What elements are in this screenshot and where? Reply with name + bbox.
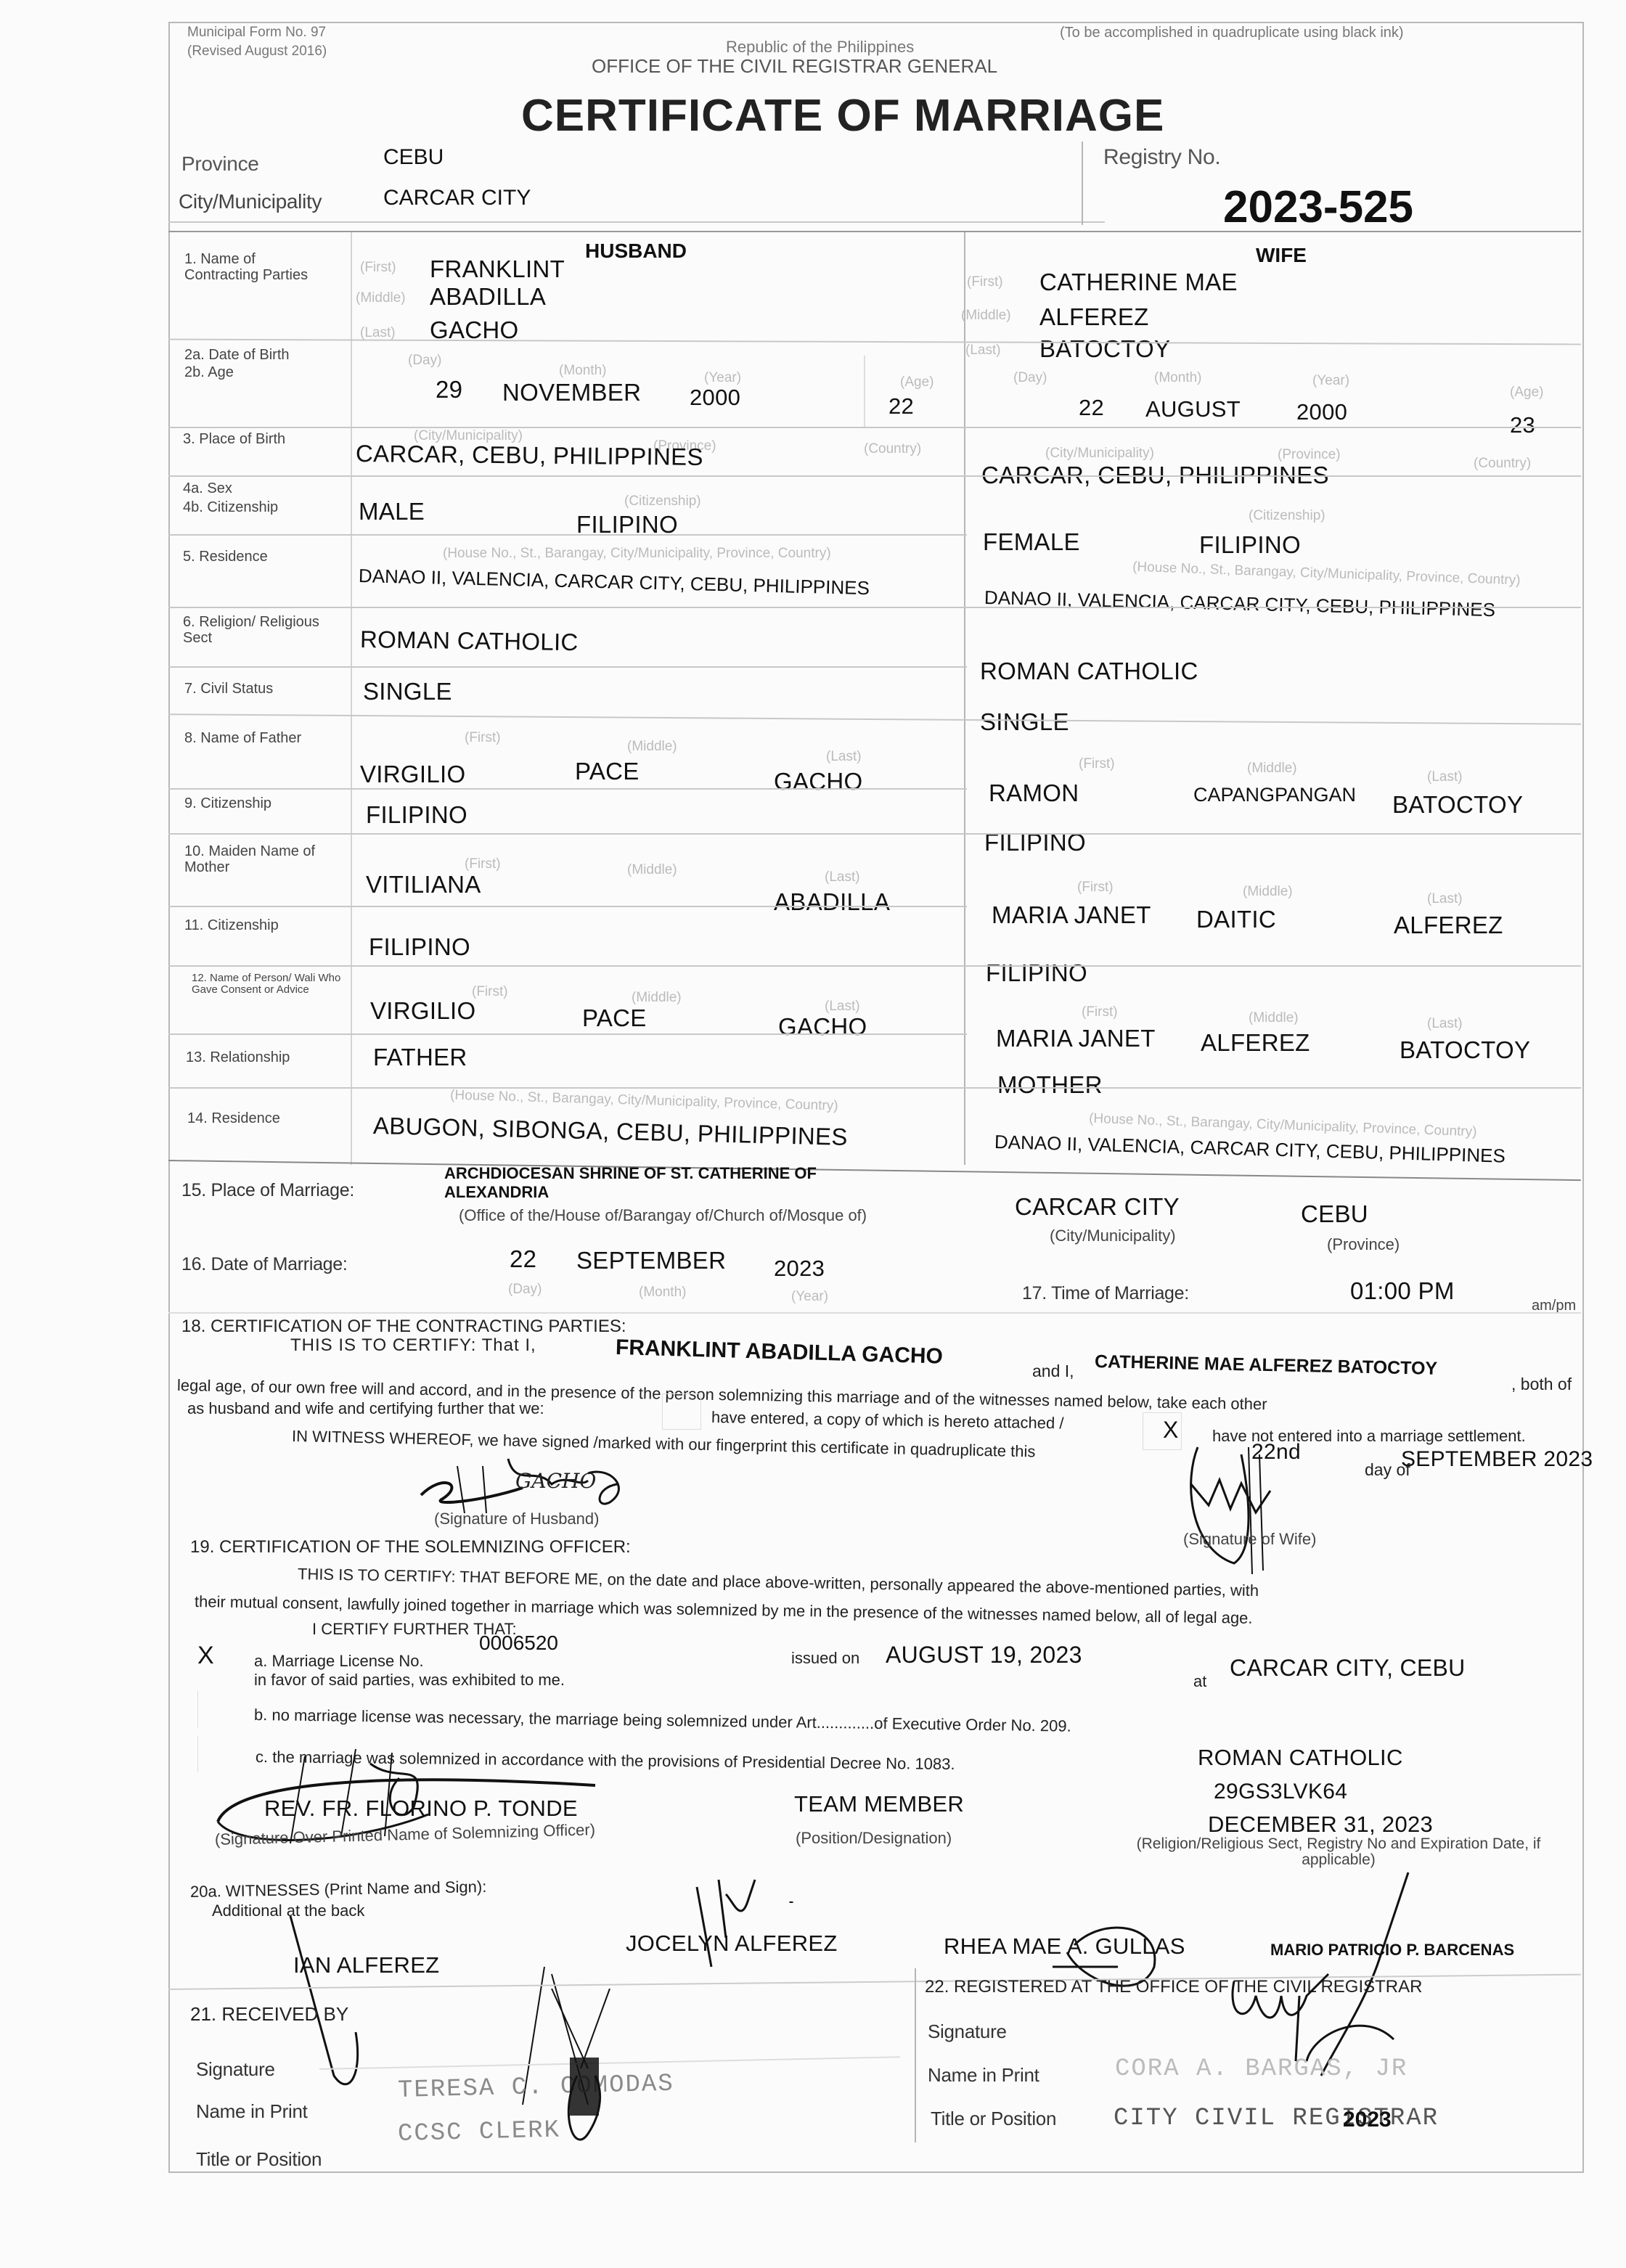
wife-sex: FEMALE (983, 528, 1080, 556)
hint-city-mun-wife: (City/Municipality) (1045, 446, 1154, 462)
marriage-day: 22 (510, 1245, 536, 1273)
label-mother-citizenship: 11. Citizenship (184, 917, 279, 933)
husband-consent-last: GACHO (778, 1013, 867, 1041)
husband-mother-citizenship: FILIPINO (369, 933, 470, 961)
husband-middle-name: ABADILLA (430, 283, 546, 311)
city-value: CARCAR CITY (383, 186, 531, 210)
hint-first: (First) (360, 260, 396, 276)
label-relationship: 13. Relationship (186, 1049, 290, 1065)
row-line (168, 965, 1581, 967)
label-place-of-marriage: 15. Place of Marriage: (181, 1180, 354, 1201)
witness-name-3: RHEA MAE A. GULLAS (944, 1933, 1185, 1960)
wife-first-name: CATHERINE MAE (1039, 269, 1238, 296)
hint-marriage-city: (City/Municipality) (1050, 1228, 1176, 1244)
label-residence: 5. Residence (183, 549, 268, 565)
hint-last-wife: (Last) (1427, 1016, 1463, 1032)
label-civil-status: 7. Civil Status (184, 681, 273, 697)
column-divider (964, 232, 965, 1165)
officer-religion: ROMAN CATHOLIC (1198, 1745, 1403, 1771)
received-heading: 21. RECEIVED BY (190, 2003, 348, 2026)
registry-number: 2023-525 (1223, 181, 1413, 233)
wife-last-name: BATOCTOY (1039, 335, 1170, 363)
label-father: 8. Name of Father (184, 730, 315, 746)
hint-middle-wife: (Middle) (1249, 1010, 1299, 1026)
hint-year-wife: (Year) (1312, 373, 1349, 389)
hint-country-wife: (Country) (1474, 456, 1531, 472)
row-line (168, 666, 967, 668)
registered-name-label: Name in Print (928, 2064, 1039, 2087)
label-place-of-birth: 3. Place of Birth (183, 431, 285, 447)
registry-label: Registry No. (1103, 145, 1220, 170)
hint-last-wife: (Last) (965, 343, 1001, 359)
cert18-heading: 18. CERTIFICATION OF THE CONTRACTING PAR… (181, 1317, 626, 1337)
hint-middle-wife: (Middle) (961, 308, 1011, 324)
label-text: 12. Name of Person/ Wali Who Gave Consen… (192, 972, 340, 996)
husband-mother-last: ABADILLA (774, 888, 890, 916)
label-column-divider (351, 232, 352, 1165)
husband-consent-middle: PACE (582, 1004, 647, 1032)
city-label: City/Municipality (179, 190, 322, 213)
wife-signature (1169, 1440, 1299, 1578)
hint-first: (First) (472, 984, 508, 1000)
hint-middle-wife: (Middle) (1247, 761, 1297, 777)
hint-province-wife: (Province) (1278, 447, 1341, 463)
age-divider (864, 356, 865, 428)
hint-year: (Year) (704, 370, 741, 386)
hint-first: (First) (465, 856, 501, 872)
received-title-label: Title or Position (196, 2148, 322, 2171)
label-consent: 12. Name of Person/ Wali Who Gave Consen… (192, 973, 351, 996)
hint-first-wife: (First) (967, 274, 1003, 290)
hint-day-wife: (Day) (1013, 370, 1047, 386)
hint-first: (First) (465, 730, 501, 746)
marriage-ampm: am/pm (1532, 1298, 1576, 1314)
wife-age: 23 (1510, 412, 1535, 438)
province-label: Province (181, 152, 259, 176)
wife-religion: ROMAN CATHOLIC (980, 658, 1198, 685)
officer-expiration: DECEMBER 31, 2023 (1208, 1811, 1433, 1838)
row-line (168, 427, 1581, 428)
no-license-checkbox[interactable] (197, 1691, 230, 1727)
label-religion: 6. Religion/ Religious Sect (183, 614, 350, 646)
row-line (168, 1087, 1581, 1089)
wife-consent-last: BATOCTOY (1400, 1036, 1530, 1064)
hint-middle: (Middle) (627, 739, 677, 755)
hint-last-wife: (Last) (1427, 891, 1463, 907)
husband-sex: MALE (359, 498, 425, 525)
row-line (168, 1033, 967, 1035)
label-citizenship: 4b. Citizenship (183, 499, 278, 515)
label-father-citizenship: 9. Citizenship (184, 795, 271, 811)
husband-relationship: FATHER (373, 1044, 467, 1071)
officer-position-caption: (Position/Designation) (796, 1830, 952, 1846)
witness-name-1: IAN ALFEREZ (293, 1952, 439, 1978)
cert18-line1: THIS IS TO CERTIFY: That I, (290, 1335, 536, 1356)
label-age: 2b. Age (184, 364, 234, 380)
form-revised: (Revised August 2016) (187, 44, 327, 60)
marriage-province: CEBU (1301, 1200, 1368, 1228)
instruction-note: (To be accomplished in quadruplicate usi… (1060, 25, 1404, 41)
svg-text:GACHO: GACHO (515, 1469, 596, 1493)
witness-name-2: JOCELYN ALFEREZ (626, 1931, 838, 1957)
registrar-signature (1219, 1952, 1365, 2061)
wife-relationship: MOTHER (997, 1071, 1103, 1099)
marriage-place-line2: ALEXANDRIA (444, 1183, 549, 1202)
cert18-and-i: and I, (1032, 1362, 1074, 1381)
hint-first-wife: (First) (1077, 880, 1114, 896)
marriage-city: CARCAR CITY (1015, 1193, 1180, 1221)
hint-marriage-day: (Day) (508, 1282, 542, 1298)
hint-first-wife: (First) (1079, 756, 1115, 772)
license-checkbox-mark[interactable]: X (197, 1642, 214, 1670)
received-signature (530, 1989, 646, 2163)
hint-age-wife: (Age) (1510, 385, 1543, 401)
license-issued-place: CARCAR CITY, CEBU (1230, 1655, 1466, 1682)
husband-father-first: VIRGILIO (360, 761, 465, 788)
row-line (168, 607, 1581, 608)
marriage-month: SEPTEMBER (576, 1247, 726, 1274)
hint-last: (Last) (825, 869, 860, 885)
husband-column-title: HUSBAND (585, 240, 687, 263)
row-line (168, 788, 967, 790)
hint-last-wife: (Last) (1427, 769, 1463, 785)
office-label: OFFICE OF THE CIVIL REGISTRAR GENERAL (592, 58, 997, 74)
cert18-line3a: as husband and wife and certifying furth… (187, 1399, 544, 1418)
husband-age: 22 (888, 393, 914, 419)
row-line (168, 475, 1581, 477)
header-divider (168, 221, 1105, 223)
officer-position: TEAM MEMBER (794, 1791, 964, 1817)
registered-title-label: Title or Position (931, 2108, 1056, 2130)
officer-name: REV. FR. FLORINO P. TONDE (264, 1796, 578, 1822)
hint-middle-wife: (Middle) (1243, 884, 1293, 900)
received-name-label: Name in Print (196, 2100, 308, 2123)
row-line (168, 833, 1581, 835)
hint-month: (Month) (559, 363, 606, 379)
wife-father-first: RAMON (989, 779, 1079, 807)
wife-consent-first: MARIA JANET (996, 1025, 1156, 1052)
republic-label: Republic of the Philippines (726, 39, 914, 55)
hint-first-wife: (First) (1082, 1004, 1118, 1020)
label-consent-residence: 14. Residence (187, 1110, 280, 1126)
bottom-divider (915, 1968, 916, 2142)
wife-consent-middle: ALFEREZ (1201, 1029, 1310, 1057)
label-name-of-parties: 1. Name of Contracting Parties (184, 251, 330, 283)
hint-marriage-month: (Month) (639, 1285, 686, 1301)
form-number: Municipal Form No. 97 (187, 25, 326, 41)
hint-marriage-year: (Year) (791, 1289, 828, 1305)
province-value: CEBU (383, 145, 444, 170)
label-text: 8. Name of Father (184, 730, 301, 746)
marriage-place-line1: ARCHDIOCESAN SHRINE OF ST. CATHERINE OF (444, 1164, 817, 1183)
license-number: 0006520 (479, 1632, 558, 1655)
husband-civil-status: SINGLE (363, 678, 452, 705)
license-issued-date: AUGUST 19, 2023 (886, 1642, 1082, 1669)
wife-birth-day: 22 (1079, 395, 1104, 421)
row-line (168, 1312, 1581, 1314)
husband-consent-first: VIRGILIO (370, 997, 475, 1025)
wife-middle-name: ALFEREZ (1039, 303, 1149, 331)
hint-day: (Day) (408, 353, 441, 369)
label-time-of-marriage: 17. Time of Marriage: (1022, 1283, 1189, 1304)
wife-birth-month: AUGUST (1145, 396, 1241, 422)
wife-father-last: BATOCTOY (1392, 791, 1523, 819)
cert19-heading: 19. CERTIFICATION OF THE SOLEMNIZING OFF… (190, 1537, 631, 1557)
husband-father-citizenship: FILIPINO (366, 801, 467, 829)
husband-birth-year: 2000 (690, 385, 740, 411)
wife-civil-status: SINGLE (980, 708, 1069, 736)
label-mother: 10. Maiden Name of Mother (184, 843, 351, 875)
label-text: 10. Maiden Name of Mother (184, 843, 315, 875)
marriage-time: 01:00 PM (1350, 1277, 1455, 1305)
wife-signature-caption: (Signature of Wife) (1183, 1531, 1316, 1547)
husband-place-of-birth: CARCAR, CEBU, PHILIPPINES (356, 440, 703, 471)
document-title: CERTIFICATE OF MARRIAGE (521, 90, 1164, 142)
license-label: a. Marriage License No. (254, 1652, 424, 1671)
hint-marriage-province: (Province) (1327, 1237, 1400, 1253)
label-date-of-marriage: 16. Date of Marriage: (181, 1254, 348, 1275)
hint-citizenship-wife: (Citizenship) (1249, 508, 1325, 524)
label-date-of-birth: 2a. Date of Birth (184, 347, 290, 363)
row-line (168, 906, 967, 907)
husband-father-last: GACHO (774, 768, 863, 795)
husband-father-middle: PACE (575, 758, 640, 785)
husband-religion: ROMAN CATHOLIC (360, 626, 579, 656)
hint-residence: (House No., St., Barangay, City/Municipa… (443, 546, 831, 562)
hint-citizenship: (Citizenship) (624, 494, 701, 509)
marriage-year: 2023 (774, 1256, 825, 1282)
wife-column-title: WIFE (1256, 244, 1307, 267)
hint-middle: (Middle) (627, 862, 677, 878)
received-signature-label: Signature (196, 2058, 275, 2081)
registered-stamp-year: 2023 (1343, 2108, 1392, 2132)
hint-middle: (Middle) (632, 990, 682, 1006)
cert18-both-of: , both of (1511, 1375, 1572, 1394)
registry-divider (1082, 142, 1083, 225)
wife-mother-citizenship: FILIPINO (986, 959, 1087, 987)
hint-last: (Last) (826, 749, 862, 765)
wife-citizenship: FILIPINO (1199, 531, 1301, 559)
wife-father-middle: CAPANGPANGAN (1193, 784, 1356, 806)
prenup-checkbox-entered[interactable] (662, 1393, 701, 1430)
hint-place-of-marriage: (Office of the/House of/Barangay of/Chur… (459, 1208, 867, 1224)
license-line2: in favor of said parties, was exhibited … (254, 1671, 565, 1690)
husband-birth-month: NOVEMBER (502, 379, 641, 406)
wife-mother-middle: DAITIC (1196, 906, 1276, 933)
hint-last: (Last) (825, 999, 860, 1015)
label-text: 1. Name of Contracting Parties (184, 251, 308, 283)
hint-month-wife: (Month) (1154, 370, 1201, 386)
officer-registry-no: 29GS3LVK64 (1214, 1780, 1347, 1804)
husband-birth-day: 29 (436, 376, 462, 404)
label-text: 6. Religion/ Religious Sect (183, 614, 319, 646)
registered-signature-label: Signature (928, 2021, 1007, 2043)
header-bottom-line (168, 231, 1581, 232)
hint-age: (Age) (900, 374, 933, 390)
hint-middle: (Middle) (356, 290, 406, 306)
license-issued-on-label: issued on (791, 1649, 859, 1668)
label-sex: 4a. Sex (183, 480, 232, 496)
license-at-label: at (1193, 1672, 1206, 1691)
wife-mother-first: MARIA JANET (992, 901, 1151, 929)
hint-country: (Country) (864, 441, 921, 457)
wife-mother-last: ALFEREZ (1394, 912, 1503, 939)
cert18-month-year: SEPTEMBER 2023 (1401, 1447, 1593, 1472)
husband-mother-first: VITILIANA (366, 871, 481, 898)
row-line (168, 534, 967, 536)
wife-birth-year: 2000 (1296, 399, 1347, 425)
husband-first-name: FRANKLINT (430, 255, 565, 283)
husband-signature-caption: (Signature of Husband) (434, 1511, 599, 1527)
husband-signature: GACHO (414, 1444, 646, 1517)
